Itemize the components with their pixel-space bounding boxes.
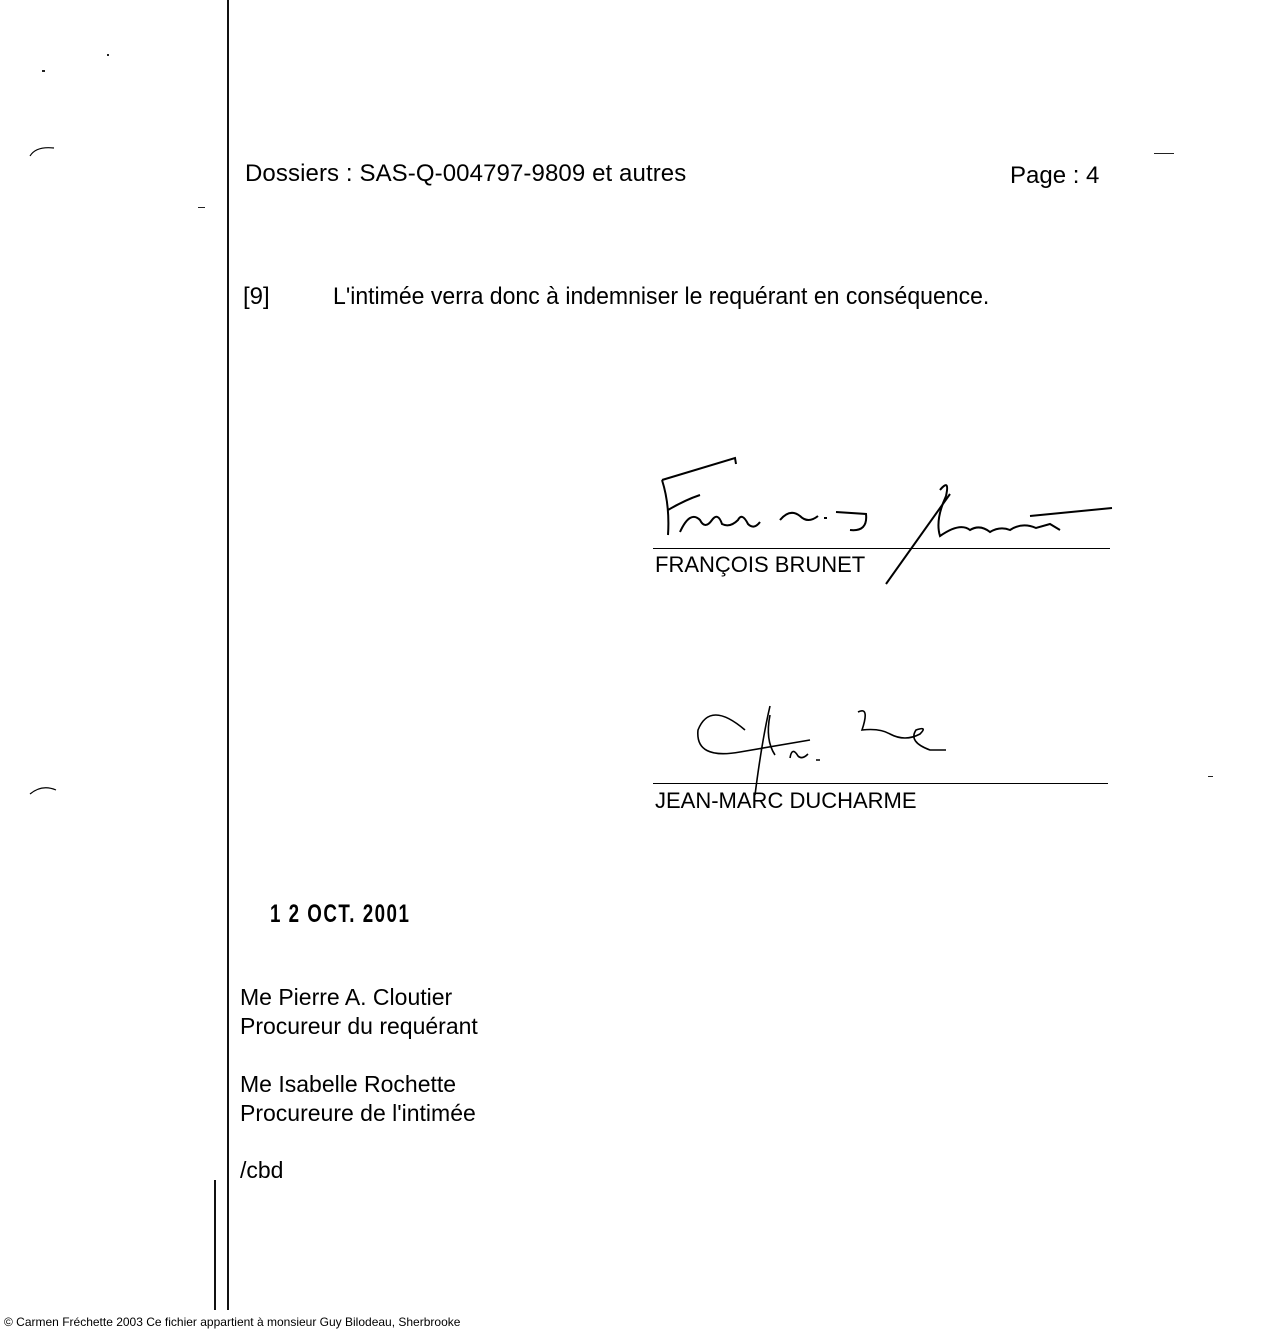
scan-arc-mark bbox=[28, 140, 68, 160]
scan-speck bbox=[107, 54, 109, 56]
signature-line-2 bbox=[653, 783, 1108, 784]
recipient-2-name: Me Isabelle Rochette bbox=[240, 1070, 456, 1099]
dossier-reference: Dossiers : SAS-Q-004797-9809 et autres bbox=[245, 160, 686, 188]
signatory-name-1: FRANÇOIS BRUNET bbox=[655, 552, 865, 578]
document-page: Dossiers : SAS-Q-004797-9809 et autres P… bbox=[0, 0, 1268, 1331]
signature-jean-marc-ducharme bbox=[690, 700, 970, 800]
scan-speck bbox=[42, 70, 45, 72]
paragraph-number: [9] bbox=[243, 283, 270, 311]
scan-arc-mark bbox=[28, 782, 68, 802]
typist-initials: /cbd bbox=[240, 1156, 283, 1185]
recipient-2-role: Procureure de l'intimée bbox=[240, 1099, 476, 1128]
scan-speck bbox=[198, 207, 205, 208]
scan-margin-line bbox=[227, 0, 229, 1310]
scan-speck bbox=[1208, 776, 1213, 777]
page-number: Page : 4 bbox=[1010, 162, 1099, 190]
copyright-footer: © Carmen Fréchette 2003 Ce fichier appar… bbox=[4, 1315, 460, 1329]
recipient-1-role: Procureur du requérant bbox=[240, 1012, 478, 1041]
paragraph-text: L'intimée verra donc à indemniser le req… bbox=[333, 283, 989, 311]
scan-speck bbox=[1154, 153, 1174, 154]
scan-margin-line-lower bbox=[214, 1180, 216, 1310]
signature-line-1 bbox=[653, 548, 1110, 549]
date-stamp: 1 2 OCT. 2001 bbox=[270, 900, 410, 929]
signatory-name-2: JEAN-MARC DUCHARME bbox=[655, 788, 917, 814]
recipient-1-name: Me Pierre A. Cloutier bbox=[240, 983, 452, 1012]
